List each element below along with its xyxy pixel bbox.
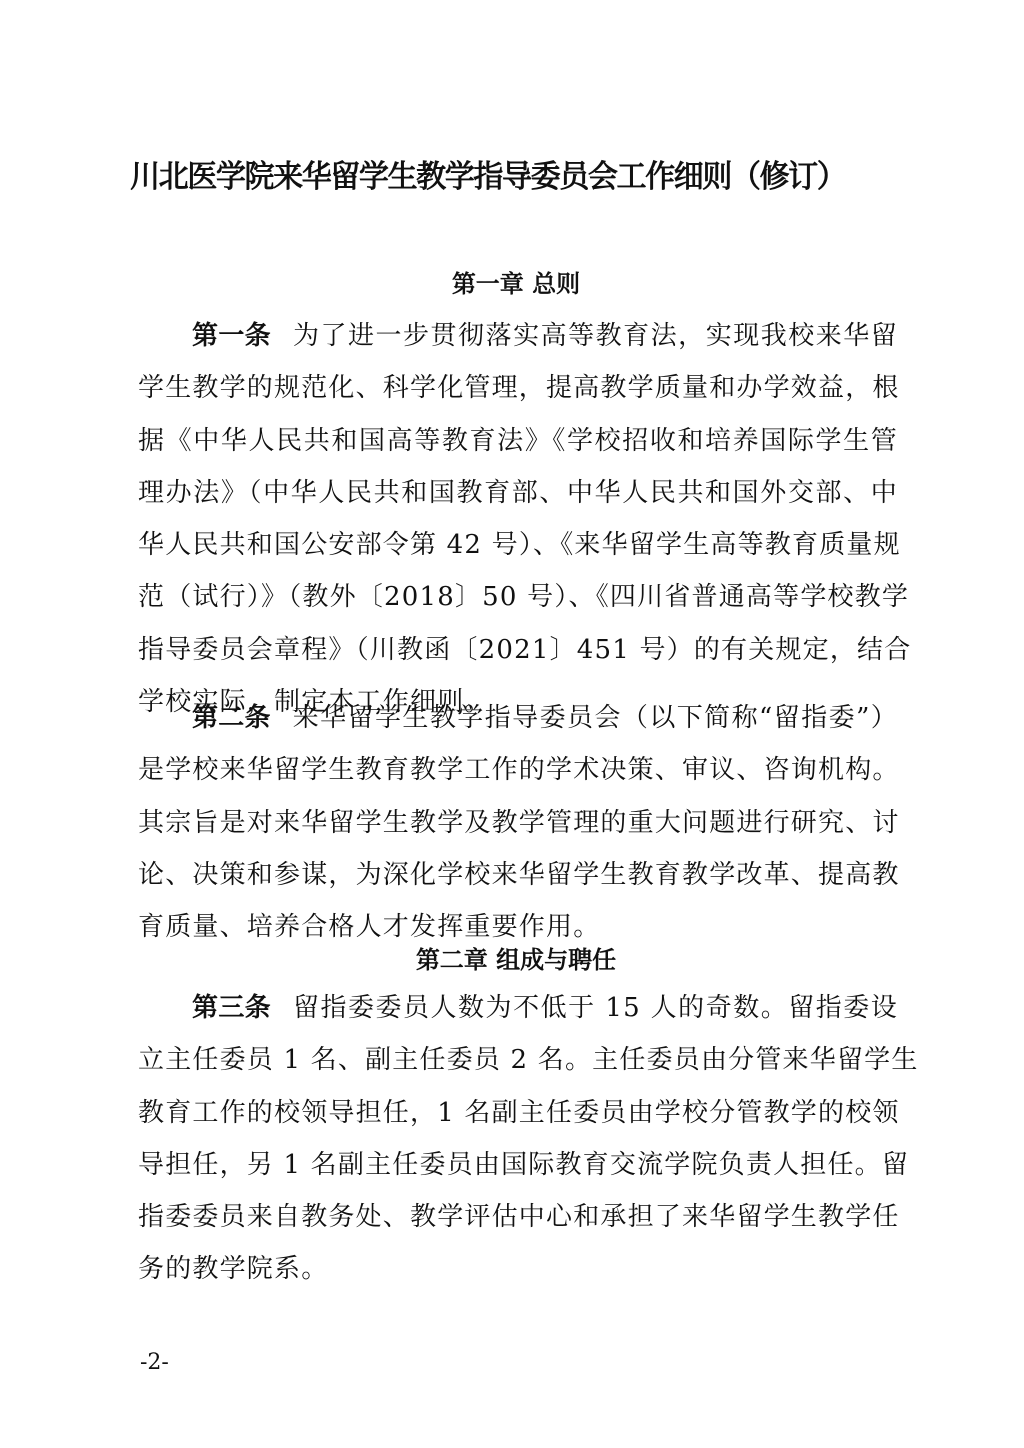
chapter-heading-1: 第一章 总则 xyxy=(138,264,894,304)
article-line: 范（试行）》（教外〔2018〕50 号）、《四川省普通高等学校教学 xyxy=(138,571,898,623)
article-line: 论、决策和参谋，为深化学校来华留学生教育教学改革、提高教 xyxy=(138,849,898,901)
article-line: 据《中华人民共和国高等教育法》《学校招收和培养国际学生管 xyxy=(138,415,898,467)
article-3: 第三条留指委委员人数为不低于 15 人的奇数。留指委设 立主任委员 1 名、副主… xyxy=(138,982,898,1296)
article-line: 其宗旨是对来华留学生教学及教学管理的重大问题进行研究、讨 xyxy=(138,797,898,849)
article-line: 立主任委员 1 名、副主任委员 2 名。主任委员由分管来华留学生 xyxy=(138,1034,898,1086)
article-label: 第三条 xyxy=(192,993,271,1023)
document-title: 川北医学院来华留学生教学指导委员会工作细则（修订） xyxy=(130,152,887,202)
page-number: -2- xyxy=(140,1348,169,1378)
article-line: 指委委员来自教务处、教学评估中心和承担了来华留学生教学任 xyxy=(138,1191,898,1243)
article-line: 华人民共和国公安部令第 42 号）、《来华留学生高等教育质量规 xyxy=(138,519,898,571)
article-line: 理办法》（中华人民共和国教育部、中华人民共和国外交部、中 xyxy=(138,467,898,519)
article-line: 是学校来华留学生教育教学工作的学术决策、审议、咨询机构。 xyxy=(138,744,898,796)
article-line: 学生教学的规范化、科学化管理，提高教学质量和办学效益，根 xyxy=(138,362,898,414)
article-1: 第一条为了进一步贯彻落实高等教育法，实现我校来华留 学生教学的规范化、科学化管理… xyxy=(138,310,898,728)
article-line: 第三条留指委委员人数为不低于 15 人的奇数。留指委设 xyxy=(138,982,898,1034)
article-label: 第一条 xyxy=(192,321,271,351)
article-line: 教育工作的校领导担任，1 名副主任委员由学校分管教学的校领 xyxy=(138,1087,898,1139)
chapter-heading-2: 第二章 组成与聘任 xyxy=(138,940,894,980)
article-label: 第二条 xyxy=(192,703,271,733)
article-2: 第二条来华留学生教学指导委员会（以下简称“留指委”） 是学校来华留学生教育教学工… xyxy=(138,692,898,953)
article-line: 务的教学院系。 xyxy=(138,1243,898,1295)
article-line: 导担任，另 1 名副主任委员由国际教育交流学院负责人担任。留 xyxy=(138,1139,898,1191)
document-page: 川北医学院来华留学生教学指导委员会工作细则（修订） 第一章 总则 第一条为了进一… xyxy=(0,0,1024,1448)
article-line: 第一条为了进一步贯彻落实高等教育法，实现我校来华留 xyxy=(138,310,898,362)
article-line: 第二条来华留学生教学指导委员会（以下简称“留指委”） xyxy=(138,692,898,744)
article-line: 指导委员会章程》（川教函〔2021〕451 号）的有关规定，结合 xyxy=(138,624,898,676)
